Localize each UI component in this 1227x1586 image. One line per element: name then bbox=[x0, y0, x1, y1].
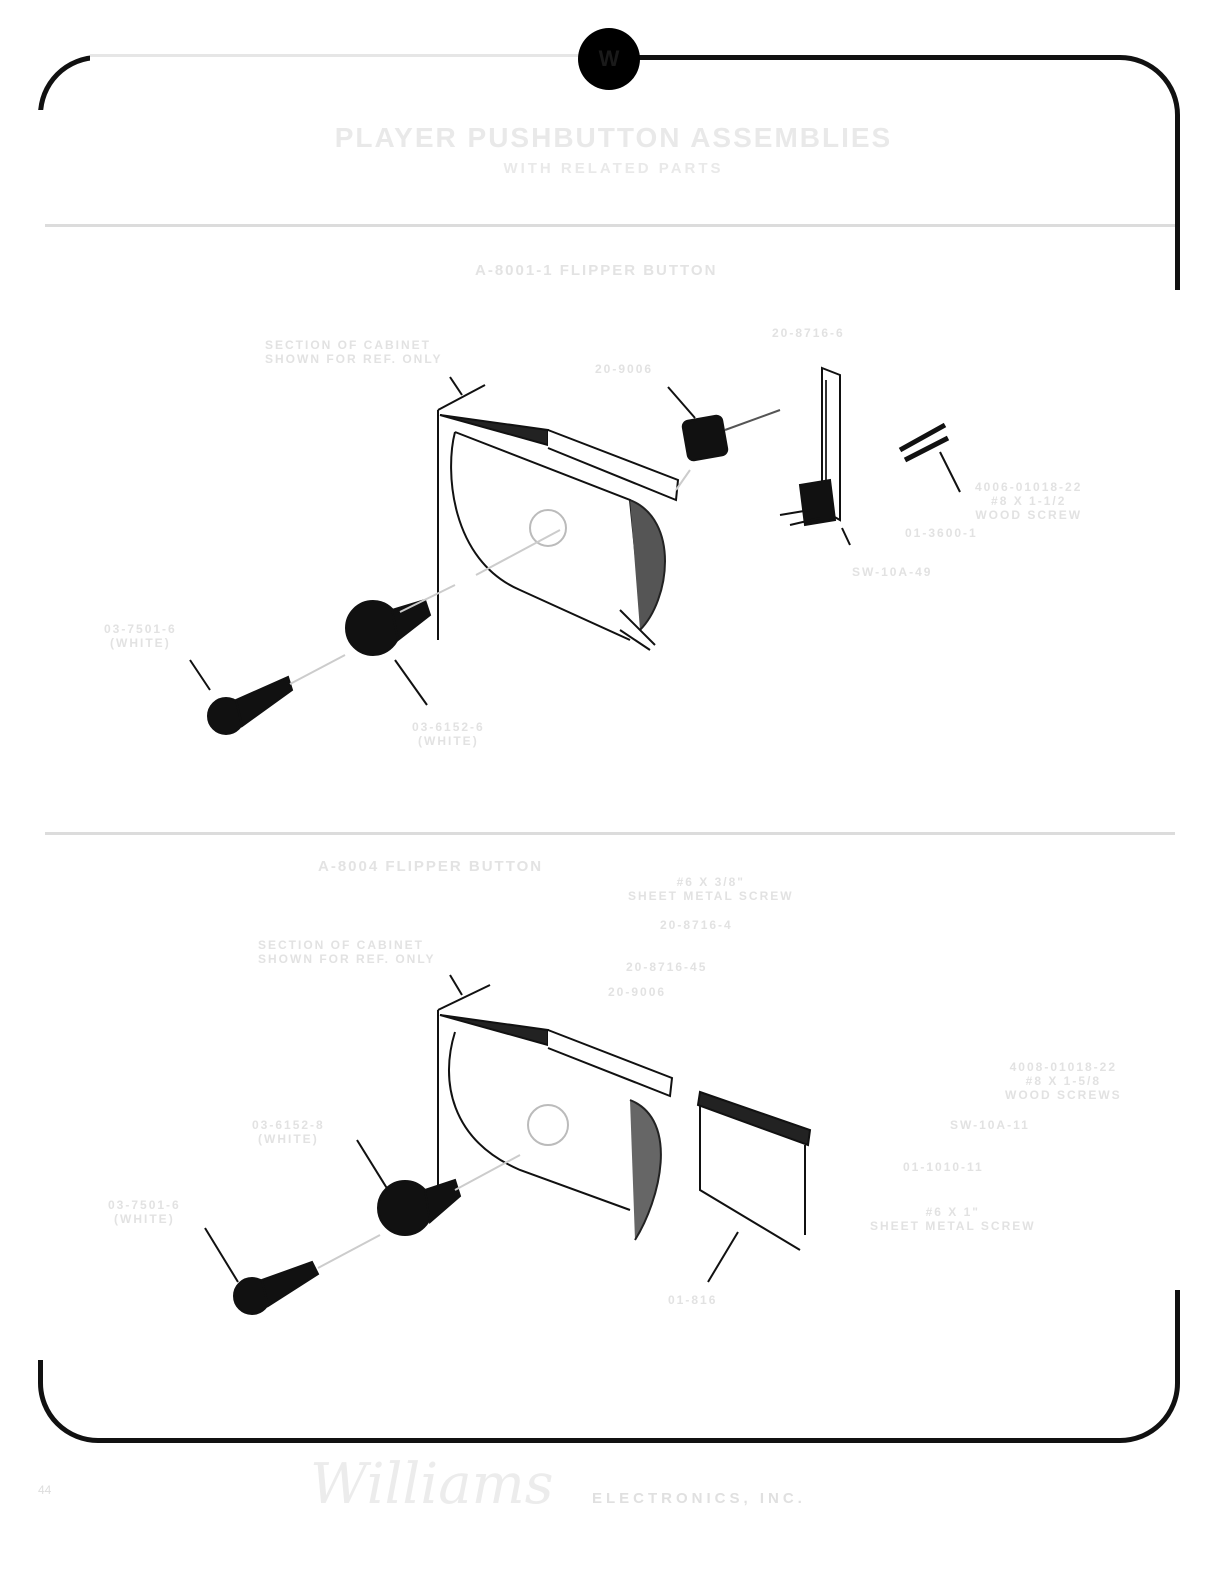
brand-wordmark: Williams bbox=[310, 1452, 553, 1517]
cabinet-section-2 bbox=[438, 985, 810, 1250]
page-number: 44 bbox=[38, 1483, 51, 1497]
exploded-view-illustrations bbox=[0, 0, 1227, 1586]
nut-part-1 bbox=[682, 415, 728, 461]
cabinet-section-1 bbox=[438, 385, 678, 650]
button-part-1 bbox=[208, 600, 430, 734]
button-part-2 bbox=[234, 1180, 460, 1314]
company-name: ELECTRONICS, INC. bbox=[592, 1490, 806, 1507]
